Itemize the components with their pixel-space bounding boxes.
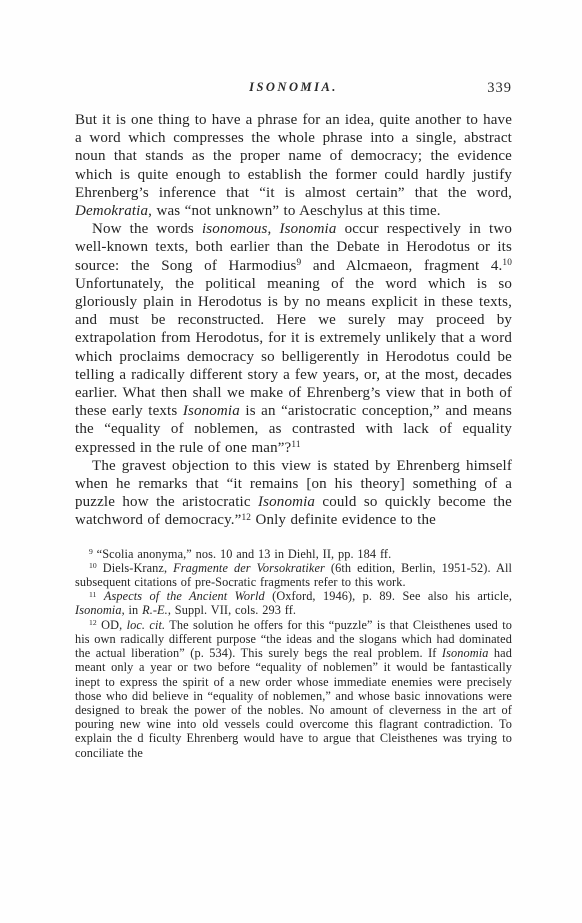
body-text: But it is one thing to have a phrase for… [75,111,512,530]
footnote: 10 Diels-Kranz, Fragmente der Vorsokrati… [75,561,512,589]
footnote: 11 Aspects of the Ancient World (Oxford,… [75,589,512,617]
paragraph: But it is one thing to have a phrase for… [75,111,512,220]
paragraph: The gravest objection to this view is st… [75,457,512,530]
running-head: ISONOMIA. 339 [75,80,512,98]
running-title: ISONOMIA. [75,80,512,95]
book-page: ISONOMIA. 339 But it is one thing to hav… [0,0,582,923]
text-block: ISONOMIA. 339 But it is one thing to hav… [75,80,512,760]
page-number: 339 [487,80,512,97]
footnote: 9 “Scolia anonyma,” nos. 10 and 13 in Di… [75,547,512,561]
paragraph: Now the words isonomous, Isonomia occur … [75,220,512,457]
footnotes-section: 9 “Scolia anonyma,” nos. 10 and 13 in Di… [75,547,512,760]
footnote: 12 OD, loc. cit. The solution he offers … [75,618,512,760]
